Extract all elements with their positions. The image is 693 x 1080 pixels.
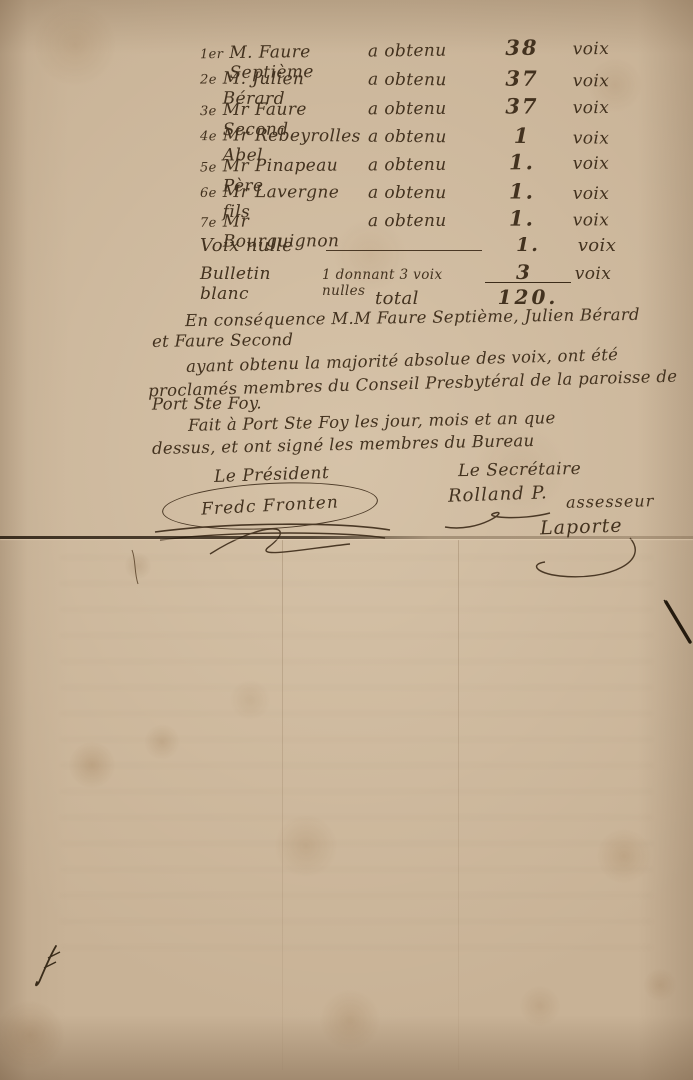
vote-count: 1. [486, 178, 558, 203]
manuscript-scan: 1erM. Faure Septième a obtenu 38 voix 2e… [0, 0, 693, 1080]
vote-count: 1. [486, 206, 558, 231]
president-signature: Fredc Fronten [201, 492, 340, 519]
dash-rule [326, 249, 482, 251]
vote-unit: voix [560, 264, 626, 284]
vote-unit: voix [558, 39, 624, 60]
row-ordinal: 1er [200, 47, 224, 62]
row-ordinal: 4e [200, 129, 217, 144]
row-verb: a obtenu [368, 155, 486, 176]
vote-unit: voix [558, 154, 624, 174]
null-votes-row: Voix nulle 1. voix [200, 234, 630, 256]
row-verb: a obtenu [368, 127, 486, 148]
row-ordinal: 5e [200, 160, 217, 175]
vote-count: 1. [492, 234, 564, 256]
vote-unit: voix [558, 128, 624, 149]
row-verb: a obtenu [368, 183, 486, 204]
row-verb: a obtenu [368, 40, 486, 61]
vote-count: 1 [486, 123, 558, 149]
body-line: et Faure Second [152, 330, 294, 351]
row-ordinal: 7e [200, 216, 217, 231]
vote-unit: voix [558, 210, 624, 230]
row-verb: a obtenu [368, 70, 486, 91]
vote-count: 37 [486, 93, 558, 118]
row-ordinal: 6e [200, 186, 217, 201]
vote-unit: voix [558, 71, 624, 91]
row-ordinal: 3e [200, 104, 217, 119]
secretary-signature: Rolland P. [448, 482, 548, 506]
assessor-label: assesseur [566, 491, 655, 512]
secretary-title: Le Secrétaire [458, 459, 582, 481]
vote-count: 3 [488, 260, 560, 284]
total-label: total [375, 288, 485, 309]
assessor-signature: Laporte [540, 515, 623, 540]
vote-unit: voix [558, 98, 624, 118]
vote-count: 38 [486, 35, 558, 61]
vote-unit: voix [564, 235, 630, 256]
row-verb: a obtenu [368, 99, 486, 120]
row-verb: a obtenu [368, 211, 486, 231]
vote-count: 1. [486, 149, 558, 175]
row-ordinal: 2e [200, 72, 217, 87]
body-line: Port Ste Foy. [152, 393, 262, 413]
vote-count: 37 [486, 65, 558, 91]
total-value: 120. [485, 282, 571, 309]
vote-unit: voix [558, 184, 624, 204]
null-votes-label: Voix nulle [200, 235, 320, 256]
